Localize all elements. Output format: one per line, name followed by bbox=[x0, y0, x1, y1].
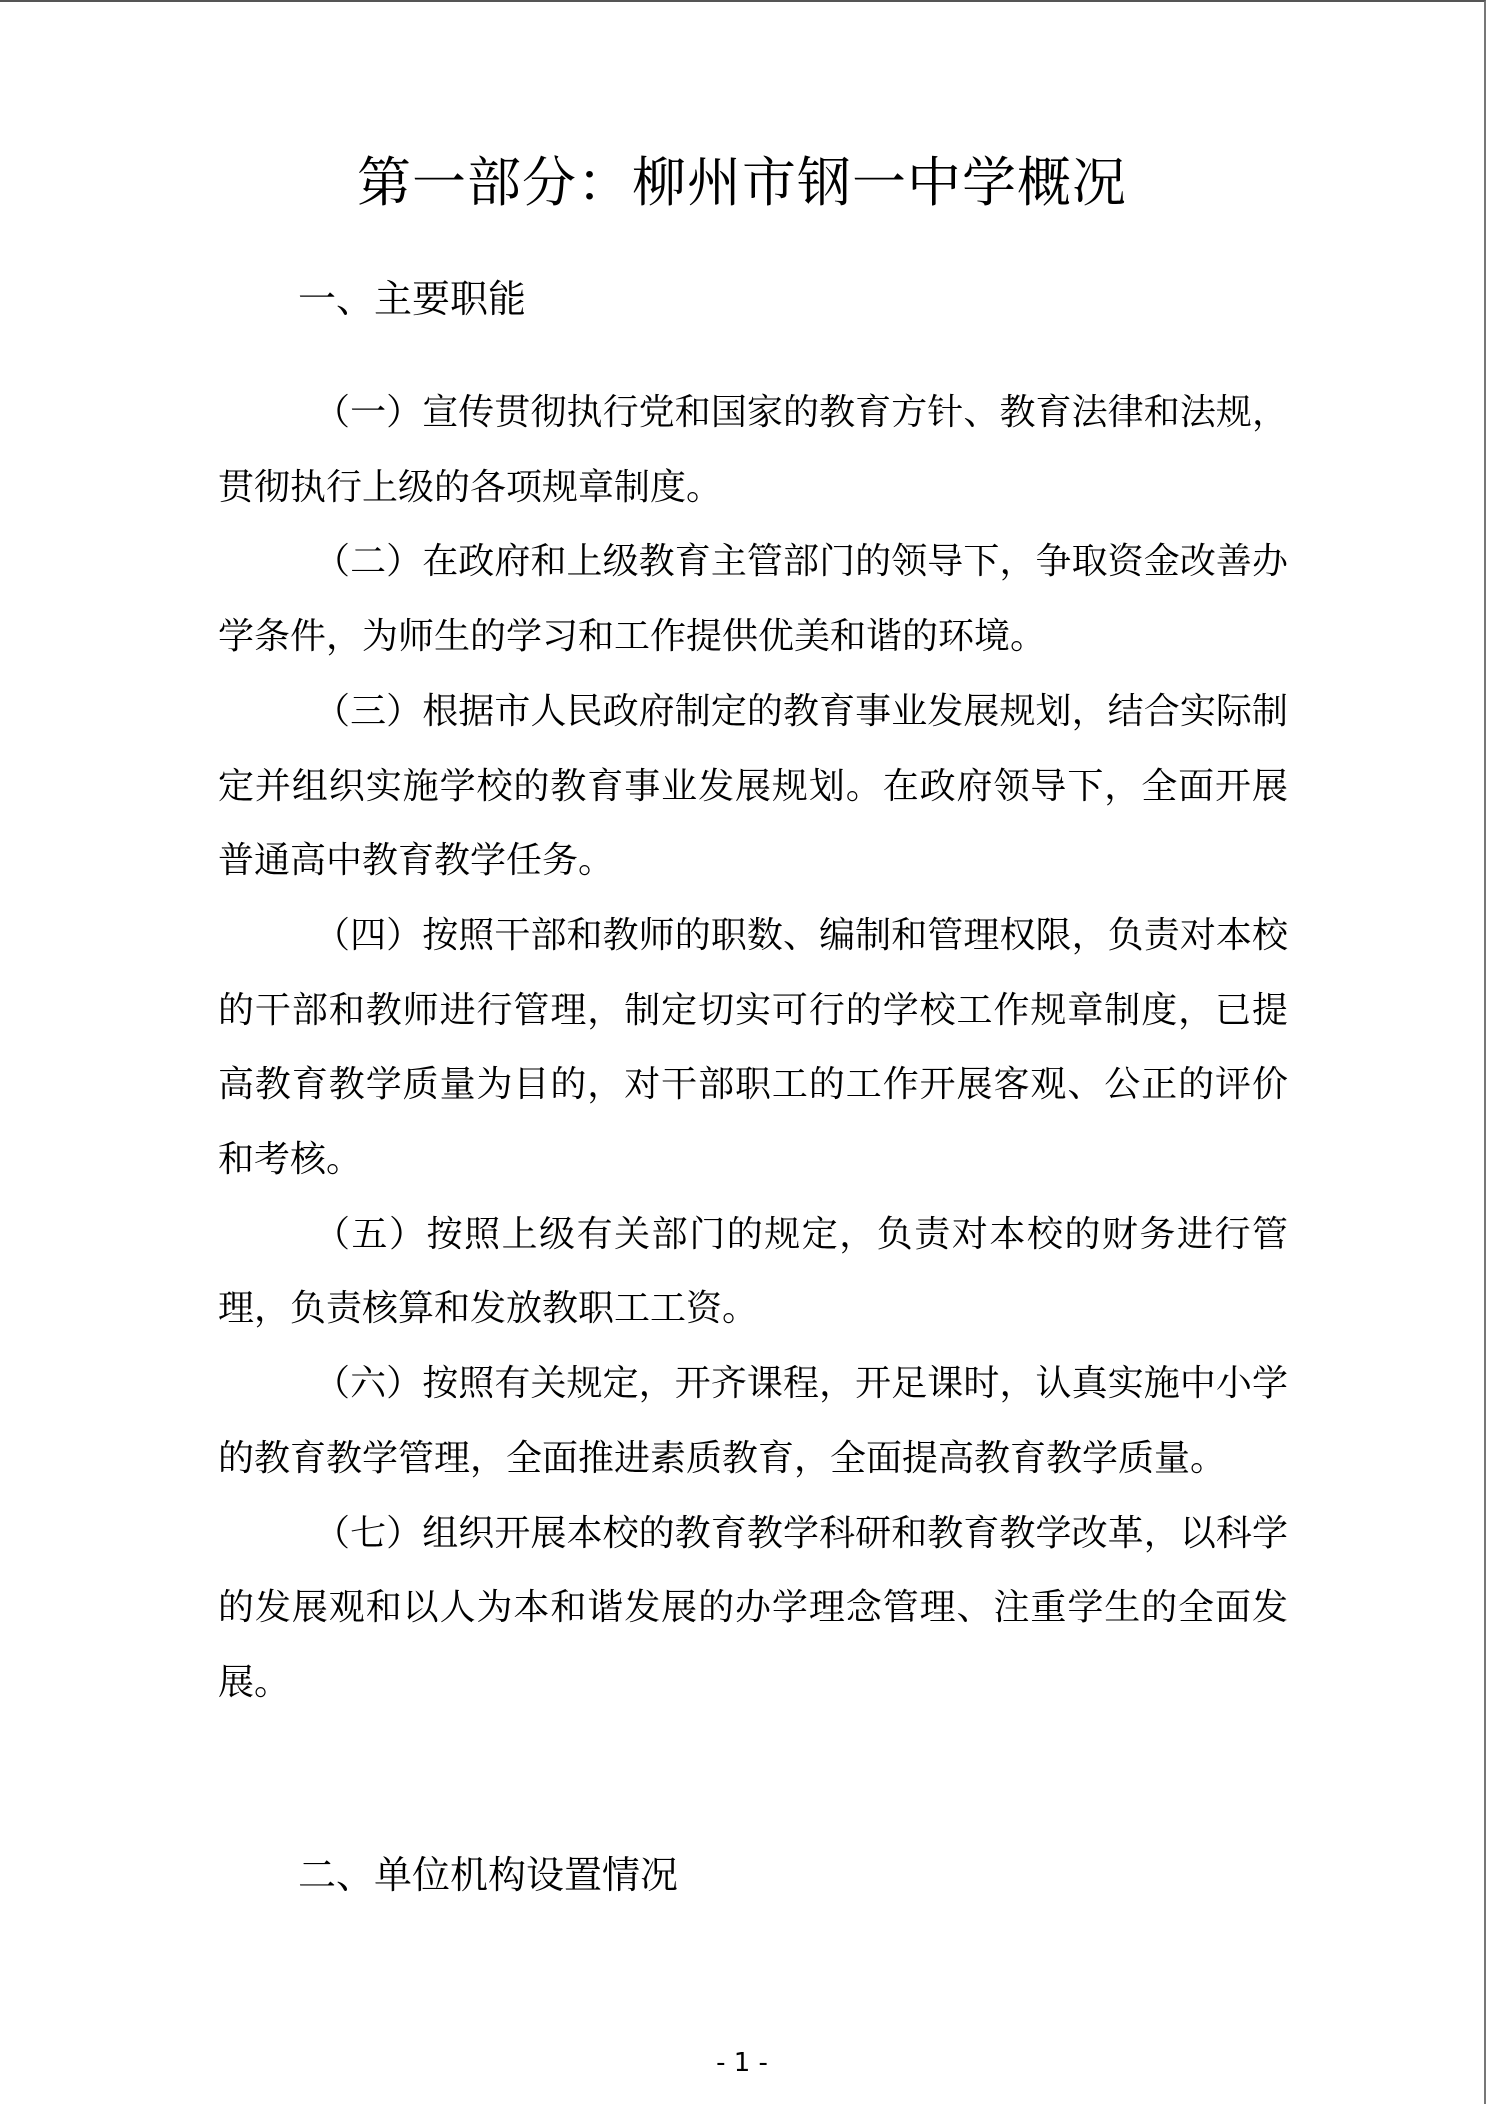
page-title: 第一部分：柳州市钢一中学概况 bbox=[0, 148, 1484, 218]
paragraph-5: （五）按照上级有关部门的规定，负责对本校的财务进行管理，负责核算和发放教职工工资… bbox=[218, 1198, 1288, 1347]
document-page: 第一部分：柳州市钢一中学概况 一、主要职能 （一）宣传贯彻执行党和国家的教育方针… bbox=[0, 0, 1486, 2104]
paragraph-1: （一）宣传贯彻执行党和国家的教育方针、教育法律和法规，贯彻执行上级的各项规章制度… bbox=[218, 376, 1288, 525]
section-heading-main-functions: 一、主要职能 bbox=[298, 274, 526, 324]
section-heading-org-structure: 二、单位机构设置情况 bbox=[298, 1850, 678, 1900]
paragraph-4: （四）按照干部和教师的职数、编制和管理权限，负责对本校的干部和教师进行管理，制定… bbox=[218, 899, 1288, 1198]
paragraph-7: （七）组织开展本校的教育教学科研和教育教学改革，以科学的发展观和以人为本和谐发展… bbox=[218, 1497, 1288, 1721]
paragraph-6: （六）按照有关规定，开齐课程，开足课时，认真实施中小学的教育教学管理，全面推进素… bbox=[218, 1347, 1288, 1496]
paragraph-3: （三）根据市人民政府制定的教育事业发展规划，结合实际制定并组织实施学校的教育事业… bbox=[218, 675, 1288, 899]
paragraph-2: （二）在政府和上级教育主管部门的领导下，争取资金改善办学条件，为师生的学习和工作… bbox=[218, 525, 1288, 674]
section-body-main-functions: （一）宣传贯彻执行党和国家的教育方针、教育法律和法规，贯彻执行上级的各项规章制度… bbox=[218, 376, 1288, 1721]
page-number: - 1 - bbox=[0, 2048, 1484, 2078]
